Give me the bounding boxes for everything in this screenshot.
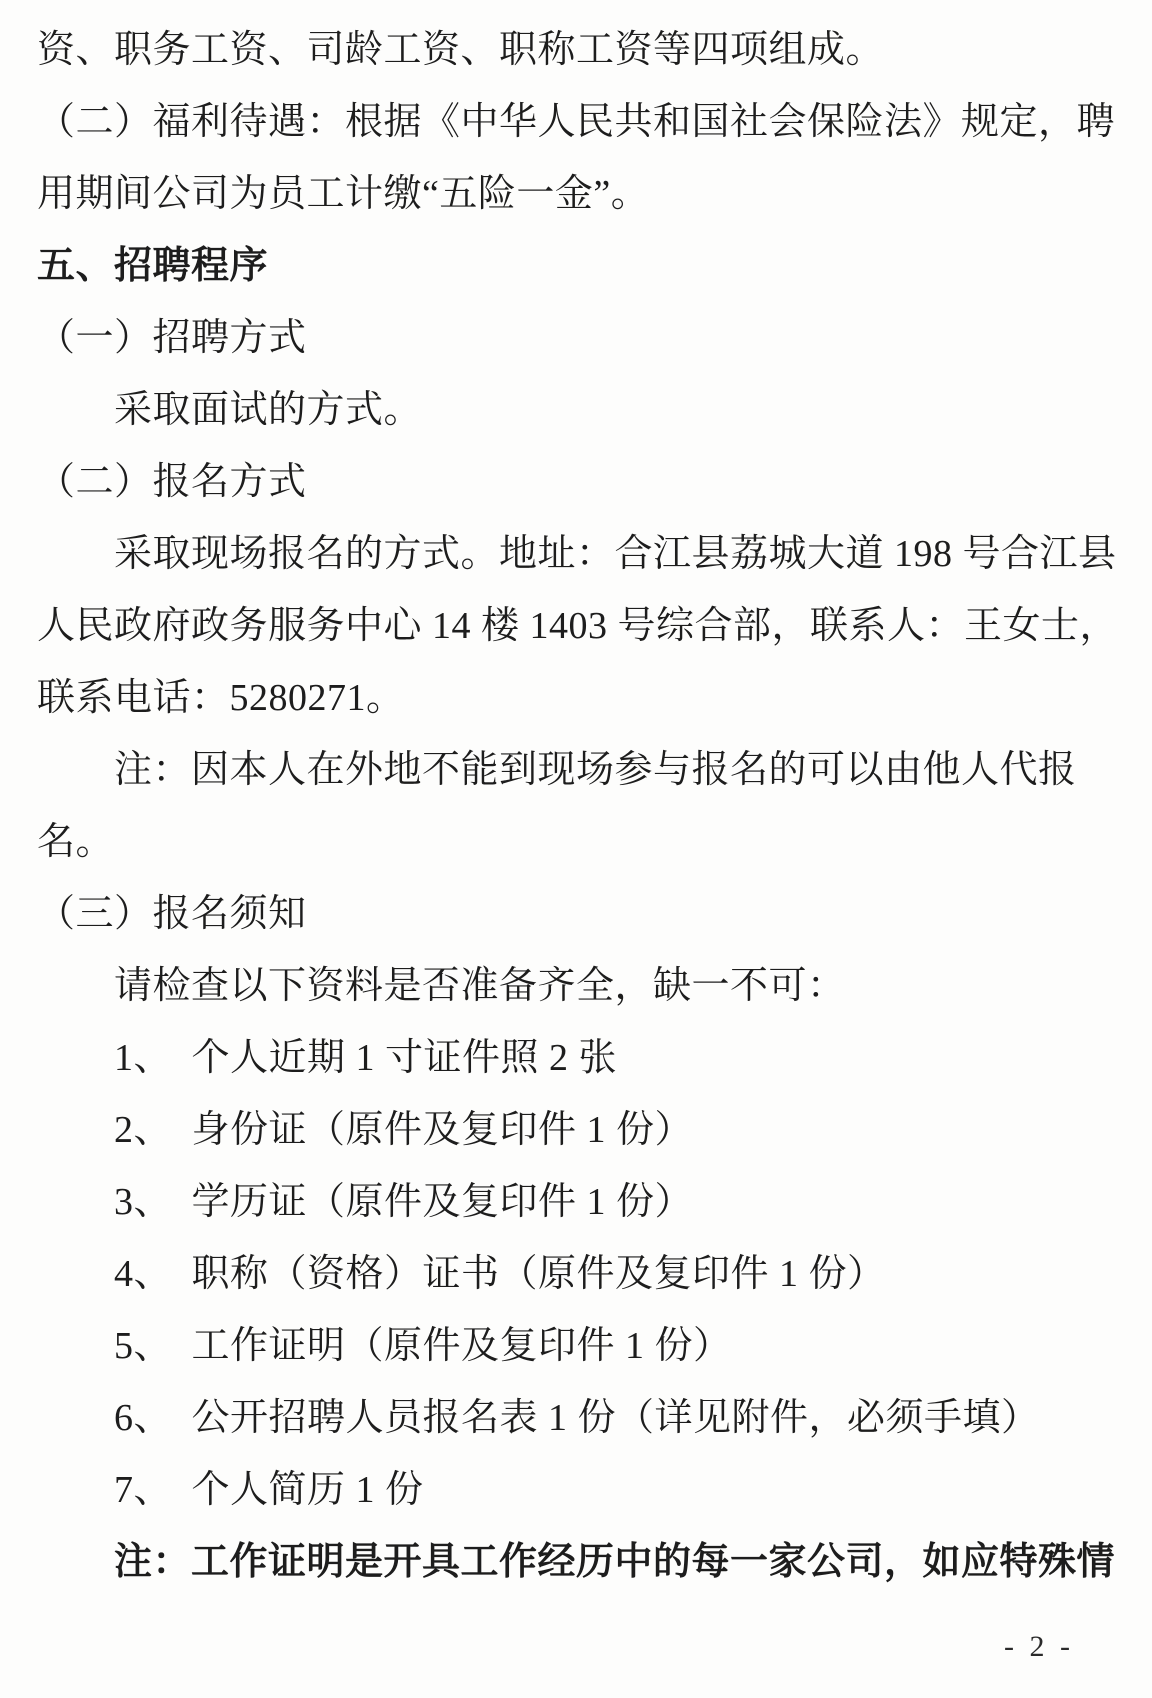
checklist-item-5-work-cert: 5、 工作证明（原件及复印件 1 份）	[37, 1305, 1118, 1377]
subheading-registration-notes: （三）报名须知	[37, 873, 1118, 945]
checklist-item-2-id-card: 2、 身份证（原件及复印件 1 份）	[37, 1089, 1118, 1161]
line-registration-address-2: 人民政府政务服务中心 14 楼 1403 号综合部，联系人：王女士，	[37, 585, 1118, 657]
checklist-item-1-photo: 1、 个人近期 1 寸证件照 2 张	[37, 1017, 1118, 1089]
subheading-welfare-benefits: （二）福利待遇：根据《中华人民共和国社会保险法》规定，聘	[37, 81, 1118, 153]
line-proxy-registration-note-2: 名。	[37, 801, 1118, 873]
document-page: 资、职务工资、司龄工资、职称工资等四项组成。 （二）福利待遇：根据《中华人民共和…	[0, 0, 1152, 1698]
line-proxy-registration-note-1: 注：因本人在外地不能到现场参与报名的可以由他人代报	[37, 729, 1118, 801]
subheading-registration-method: （二）报名方式	[37, 441, 1118, 513]
checklist-item-4-title-cert: 4、 职称（资格）证书（原件及复印件 1 份）	[37, 1233, 1118, 1305]
line-contact-phone: 联系电话：5280271。	[37, 657, 1118, 729]
line-checklist-intro: 请检查以下资料是否准备齐全，缺一不可：	[37, 945, 1118, 1017]
line-registration-address-1: 采取现场报名的方式。地址：合江县荔城大道 198 号合江县	[37, 513, 1118, 585]
checklist-item-6-application-form: 6、 公开招聘人员报名表 1 份（详见附件，必须手填）	[37, 1377, 1118, 1449]
line-welfare-benefits-cont: 用期间公司为员工计缴“五险一金”。	[37, 153, 1118, 225]
page-footer: - 2 -	[37, 1611, 1118, 1683]
subheading-recruitment-method: （一）招聘方式	[37, 297, 1118, 369]
line-interview-method: 采取面试的方式。	[37, 369, 1118, 441]
line-salary-composition: 资、职务工资、司龄工资、职称工资等四项组成。	[37, 9, 1118, 81]
line-work-certificate-note: 注：工作证明是开具工作经历中的每一家公司，如应特殊情	[37, 1521, 1118, 1593]
heading-recruitment-procedure: 五、招聘程序	[37, 225, 1118, 297]
checklist-item-7-resume: 7、 个人简历 1 份	[37, 1449, 1118, 1521]
checklist-item-3-diploma: 3、 学历证（原件及复印件 1 份）	[37, 1161, 1118, 1233]
page-number: - 2 -	[1004, 1630, 1074, 1664]
